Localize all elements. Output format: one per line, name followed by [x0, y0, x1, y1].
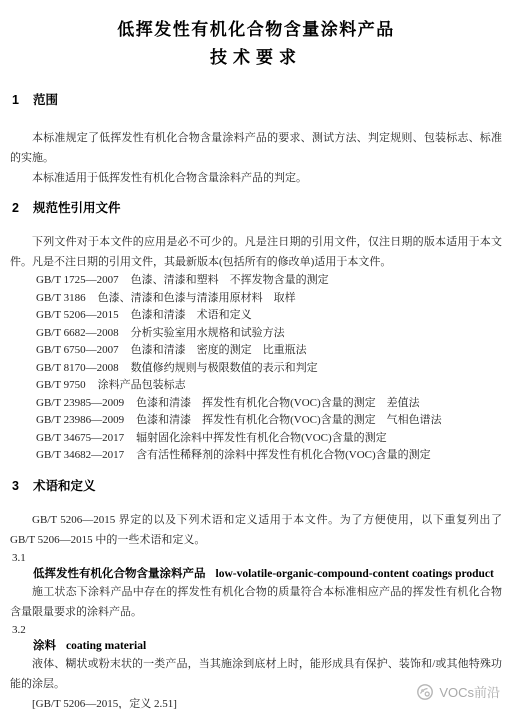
vocs-watermark: VOCs前沿 [416, 682, 500, 701]
reference-item: GB/T 5206—2015色漆和清漆 术语和定义 [36, 307, 502, 325]
reference-code: GB/T 23986—2009 [36, 414, 124, 426]
term-definition: 施工状态下涂料产品中存在的挥发性有机化合物的质量符合本标准相应产品的挥发性有机化… [10, 582, 502, 622]
reference-item: GB/T 34675—2017辐射固化涂料中挥发性有机化合物(VOC)含量的测定 [36, 430, 502, 448]
term-name: 低挥发性有机化合物含量涂料产品low-volatile-organic-comp… [10, 566, 512, 582]
reference-item: GB/T 9750涂料产品包装标志 [36, 377, 502, 395]
reference-title: 色漆和清漆 密度的测定 比重瓶法 [131, 344, 307, 356]
reference-code: GB/T 23985—2009 [36, 397, 124, 409]
term-name: 涂料coating material [10, 638, 512, 654]
reference-title: 色漆和清漆 挥发性有机化合物(VOC)含量的测定 气相色谱法 [136, 414, 442, 426]
reference-item: GB/T 1725—2007色漆、清漆和塑料 不挥发物含量的测定 [36, 272, 502, 290]
reference-title: 含有活性稀释剂的涂料中挥发性有机化合物(VOC)含量的测定 [136, 449, 431, 461]
reference-item: GB/T 6682—2008分析实验室用水规格和试验方法 [36, 325, 502, 343]
reference-code: GB/T 3186 [36, 292, 86, 304]
title-line-1: 低挥发性有机化合物含量涂料产品 [0, 16, 512, 44]
term-number: 3.1 [12, 550, 512, 566]
reference-item: GB/T 23986—2009色漆和清漆 挥发性有机化合物(VOC)含量的测定 … [36, 412, 502, 430]
watermark-label: VOCs前沿 [439, 682, 500, 701]
section-1-title: 范围 [33, 93, 58, 107]
reference-title: 辐射固化涂料中挥发性有机化合物(VOC)含量的测定 [136, 432, 387, 444]
section-1-heading: 1范围 [12, 93, 512, 108]
reference-item: GB/T 34682—2017含有活性稀释剂的涂料中挥发性有机化合物(VOC)含… [36, 447, 502, 465]
section-2-heading: 2规范性引用文件 [12, 201, 512, 216]
section-3-number: 3 [12, 479, 19, 493]
scope-paragraph-2: 本标准适用于低挥发性有机化合物含量涂料产品的判定。 [10, 168, 502, 188]
reference-code: GB/T 6682—2008 [36, 327, 119, 339]
reference-item: GB/T 8170—2008数值修约规则与极限数值的表示和判定 [36, 360, 502, 378]
reference-title: 数值修约规则与极限数值的表示和判定 [131, 362, 318, 374]
section-2-title: 规范性引用文件 [33, 201, 121, 215]
reference-list: GB/T 1725—2007色漆、清漆和塑料 不挥发物含量的测定 GB/T 31… [36, 272, 502, 465]
vocs-logo-icon [416, 683, 434, 701]
reference-code: GB/T 1725—2007 [36, 274, 119, 286]
reference-title: 色漆和清漆 挥发性有机化合物(VOC)含量的测定 差值法 [136, 397, 420, 409]
term-name-english: coating material [66, 640, 146, 652]
reference-item: GB/T 6750—2007色漆和清漆 密度的测定 比重瓶法 [36, 342, 502, 360]
reference-title: 涂料产品包装标志 [98, 379, 186, 391]
reference-item: GB/T 23985—2009色漆和清漆 挥发性有机化合物(VOC)含量的测定 … [36, 395, 502, 413]
references-intro: 下列文件对于本文件的应用是必不可少的。凡是注日期的引用文件，仅注日期的版本适用于… [10, 232, 502, 272]
reference-code: GB/T 8170—2008 [36, 362, 119, 374]
document-title: 低挥发性有机化合物含量涂料产品 技术要求 [0, 0, 512, 72]
reference-code: GB/T 34675—2017 [36, 432, 124, 444]
reference-code: GB/T 5206—2015 [36, 309, 119, 321]
scope-paragraph-1: 本标准规定了低挥发性有机化合物含量涂料产品的要求、测试方法、判定规则、包装标志、… [10, 128, 502, 168]
term-name-english: low-volatile-organic-compound-content co… [216, 568, 494, 580]
term-block-3-1: 3.1 低挥发性有机化合物含量涂料产品low-volatile-organic-… [0, 550, 512, 622]
document-page: 低挥发性有机化合物含量涂料产品 技术要求 1范围 本标准规定了低挥发性有机化合物… [0, 0, 512, 709]
reference-code: GB/T 34682—2017 [36, 449, 124, 461]
title-line-2: 技术要求 [0, 44, 512, 72]
terms-intro: GB/T 5206—2015 界定的以及下列术语和定义适用于本文件。为了方便使用… [10, 510, 502, 550]
term-number: 3.2 [12, 622, 512, 638]
section-3-heading: 3术语和定义 [12, 479, 512, 494]
section-1-number: 1 [12, 93, 19, 107]
reference-item: GB/T 3186色漆、清漆和色漆与清漆用原材料 取样 [36, 290, 502, 308]
reference-title: 色漆、清漆和色漆与清漆用原材料 取样 [98, 292, 296, 304]
term-name-chinese: 涂料 [33, 640, 56, 652]
section-3-title: 术语和定义 [33, 479, 96, 493]
section-2-number: 2 [12, 201, 19, 215]
reference-code: GB/T 6750—2007 [36, 344, 119, 356]
reference-code: GB/T 9750 [36, 379, 86, 391]
term-name-chinese: 低挥发性有机化合物含量涂料产品 [33, 568, 206, 580]
reference-title: 分析实验室用水规格和试验方法 [131, 327, 285, 339]
reference-title: 色漆、清漆和塑料 不挥发物含量的测定 [131, 274, 329, 286]
reference-title: 色漆和清漆 术语和定义 [131, 309, 252, 321]
